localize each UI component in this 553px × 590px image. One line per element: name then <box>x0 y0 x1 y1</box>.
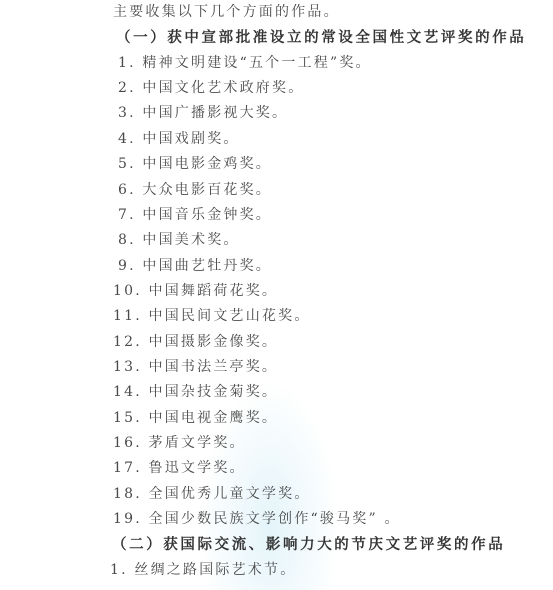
list-item: 18. 全国优秀儿童文学奖。 <box>113 485 311 503</box>
list-item: 6. 大众电影百花奖。 <box>118 181 272 199</box>
list-item: 15. 中国电视金鹰奖。 <box>113 409 278 427</box>
list-item: 17. 鲁迅文学奖。 <box>113 459 246 477</box>
intro-text: 主要收集以下几个方面的作品。 <box>113 3 340 21</box>
list-item: 1. 丝绸之路国际艺术节。 <box>110 561 296 579</box>
list-item: 19. 全国少数民族文学创作“骏马奖” 。 <box>113 510 401 528</box>
section-heading-1: （一）获中宣部批准设立的常设全国性文艺评奖的作品 <box>116 29 526 47</box>
list-item: 9. 中国曲艺牡丹奖。 <box>118 257 272 275</box>
list-item: 12. 中国摄影金像奖。 <box>113 333 278 351</box>
list-item: 4. 中国戏剧奖。 <box>118 130 240 148</box>
list-item: 3. 中国广播影视大奖。 <box>118 104 288 122</box>
list-item: 14. 中国杂技金菊奖。 <box>113 383 278 401</box>
list-item: 1. 精神文明建设“五个一工程”奖。 <box>118 54 372 72</box>
document-page: 主要收集以下几个方面的作品。 （一）获中宣部批准设立的常设全国性文艺评奖的作品 … <box>0 0 553 590</box>
list-item: 8. 中国美术奖。 <box>118 231 240 249</box>
section-heading-2: （二）获国际交流、影响力大的节庆文艺评奖的作品 <box>112 536 505 554</box>
list-item: 2. 中国文化艺术政府奖。 <box>118 79 304 97</box>
list-item: 13. 中国书法兰亭奖。 <box>113 358 278 376</box>
list-item: 10. 中国舞蹈荷花奖。 <box>113 282 278 300</box>
list-item: 7. 中国音乐金钟奖。 <box>118 206 272 224</box>
list-item: 16. 茅盾文学奖。 <box>113 434 246 452</box>
list-item: 11. 中国民间文艺山花奖。 <box>113 307 311 325</box>
list-item: 5. 中国电影金鸡奖。 <box>118 155 272 173</box>
